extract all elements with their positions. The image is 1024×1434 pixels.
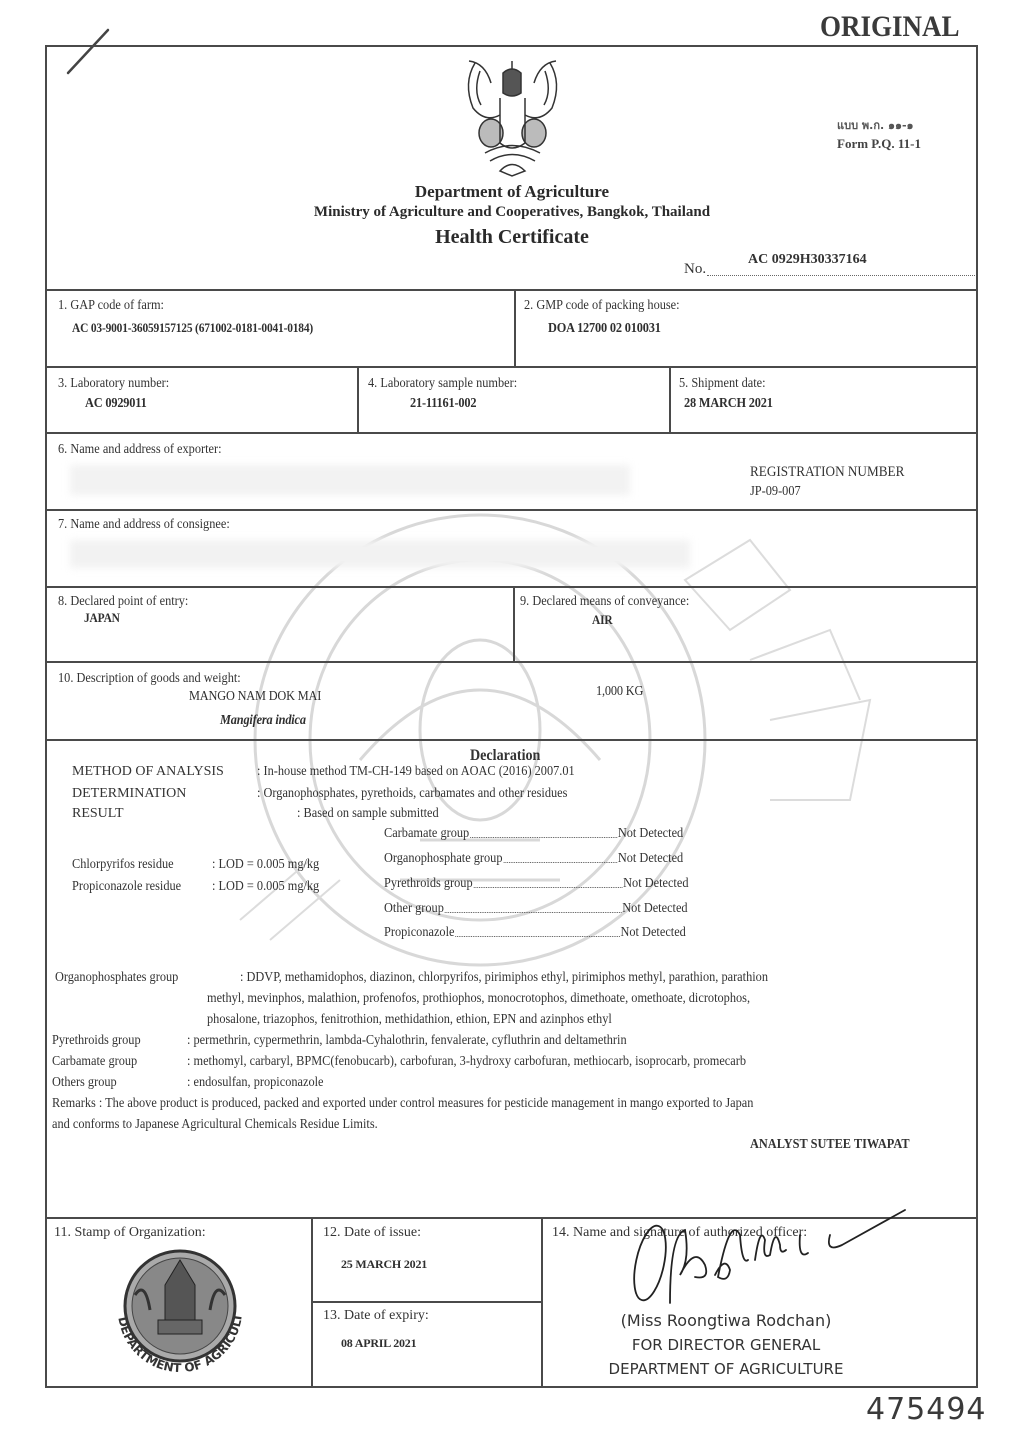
divider [46, 661, 978, 663]
divider [514, 290, 516, 367]
pen-mark [60, 25, 120, 80]
certificate-number-dotted-line [707, 275, 975, 276]
group-name: Organophosphates group [55, 970, 178, 986]
ministry-name: Ministry of Agriculture and Cooperatives… [0, 204, 1024, 221]
officer-role: FOR DIRECTOR GENERAL [541, 1336, 911, 1354]
result-value: : Based on sample submitted [297, 806, 439, 822]
department-seal-icon: DEPARTMENT OF AGRICULTURE [100, 1240, 260, 1385]
method-value: : In-house method TM-CH-149 based on AOA… [257, 764, 575, 780]
result-group: Pyrethroids group [384, 876, 473, 892]
stamp-label: 11. Stamp of Organization: [54, 1225, 206, 1241]
garuda-emblem-icon [455, 53, 570, 178]
result-row: Other groupNot Detected [384, 901, 688, 917]
officer-organization: DEPARTMENT OF AGRICULTURE [541, 1360, 911, 1378]
remarks: Remarks : The above product is produced,… [52, 1096, 753, 1112]
shipment-date-value: 28 MARCH 2021 [684, 396, 773, 412]
result-group: Other group [384, 901, 444, 917]
gmp-code-label: 2. GMP code of packing house: [524, 298, 680, 314]
registration-number-label: REGISTRATION NUMBER [750, 464, 904, 481]
method-label: METHOD OF ANALYSIS [72, 764, 224, 780]
result-group: Propiconazole [384, 925, 454, 941]
lab-number-label: 3. Laboratory number: [58, 376, 169, 392]
certificate-number: AC 0929H30337164 [748, 252, 867, 268]
point-of-entry-label: 8. Declared point of entry: [58, 594, 188, 610]
exporter-redacted [70, 465, 630, 495]
group-list: : DDVP, methamidophos, diazinon, chlorpy… [240, 970, 768, 986]
lod-value: : LOD = 0.005 mg/kg [212, 857, 319, 873]
result-row: Organophosphate groupNot Detected [384, 851, 683, 867]
lab-sample-number-value: 21-11161-002 [410, 396, 476, 412]
result-status: Not Detected [618, 826, 683, 842]
divider [513, 587, 515, 662]
consignee-redacted [70, 540, 690, 568]
divider [46, 289, 978, 291]
lod-name: Propiconazole residue [72, 879, 181, 895]
officer-name: (Miss Roongtiwa Rodchan) [541, 1311, 911, 1330]
group-list: : permethrin, cypermethrin, lambda-Cyhal… [187, 1033, 627, 1049]
determination-label: DETERMINATION [72, 786, 186, 802]
divider [311, 1218, 313, 1387]
issue-date-label: 12. Date of issue: [323, 1225, 421, 1241]
group-name: Pyrethroids group [52, 1033, 141, 1049]
group-name: Others group [52, 1075, 117, 1091]
divider [669, 367, 671, 433]
divider [46, 509, 978, 511]
divider [357, 367, 359, 433]
certificate-title: Health Certificate [0, 226, 1024, 249]
gmp-code-value: DOA 12700 02 010031 [548, 321, 661, 337]
goods-label: 10. Description of goods and weight: [58, 671, 241, 687]
group-list: methyl, mevinphos, malathion, profenofos… [207, 991, 750, 1007]
result-label: RESULT [72, 806, 124, 822]
conveyance-label: 9. Declared means of conveyance: [520, 594, 689, 610]
result-group: Carbamate group [384, 826, 469, 842]
certificate-number-label: No. [684, 261, 706, 278]
watermark-seal [230, 500, 910, 970]
declaration-title: Declaration [470, 747, 540, 765]
divider [312, 1301, 542, 1303]
result-row: PropiconazoleNot Detected [384, 925, 686, 941]
analyst-name: ANALYST SUTEE TIWAPAT [750, 1137, 910, 1153]
border-top [46, 45, 978, 47]
result-status: Not Detected [621, 925, 686, 941]
result-group: Organophosphate group [384, 851, 503, 867]
group-list: : endosulfan, propiconazole [187, 1075, 324, 1091]
border-bottom [46, 1386, 978, 1388]
goods-weight: 1,000 KG [596, 684, 643, 700]
group-name: Carbamate group [52, 1054, 137, 1070]
determination-value: : Organophosphates, pyrethoids, carbamat… [257, 786, 567, 802]
exporter-label: 6. Name and address of exporter: [58, 442, 222, 458]
result-status: Not Detected [618, 851, 683, 867]
lod-value: : LOD = 0.005 mg/kg [212, 879, 319, 895]
lab-number-value: AC 0929011 [85, 396, 147, 412]
goods-scientific-name: Mangifera indica [220, 713, 306, 729]
group-list: : methomyl, carbaryl, BPMC(fenobucarb), … [187, 1054, 746, 1070]
divider [46, 366, 978, 368]
copy-mark: ORIGINAL [820, 10, 960, 44]
gap-code-value: AC 03-9001-36059157125 (671002-0181-0041… [72, 320, 313, 336]
result-status: Not Detected [622, 901, 687, 917]
issue-date-value: 25 MARCH 2021 [341, 1257, 427, 1272]
registration-number-value: JP-09-007 [750, 484, 801, 500]
lab-sample-number-label: 4. Laboratory sample number: [368, 376, 517, 392]
form-code-thai: แบบ พ.ก. ๑๑-๑ [837, 116, 914, 134]
result-status: Not Detected [623, 876, 688, 892]
consignee-label: 7. Name and address of consignee: [58, 517, 230, 533]
goods-name: MANGO NAM DOK MAI [189, 689, 321, 705]
conveyance-value: AIR [592, 612, 612, 628]
shipment-date-label: 5. Shipment date: [679, 376, 766, 392]
divider [46, 432, 978, 434]
signature [630, 1205, 920, 1310]
divider [46, 739, 978, 741]
department-name: Department of Agriculture [0, 182, 1024, 202]
remarks: and conforms to Japanese Agricultural Ch… [52, 1117, 378, 1133]
expiry-date-value: 08 APRIL 2021 [341, 1336, 416, 1351]
result-row: Carbamate groupNot Detected [384, 826, 683, 842]
expiry-date-label: 13. Date of expiry: [323, 1308, 429, 1324]
group-list: phosalone, triazophos, fenitrothion, met… [207, 1012, 612, 1028]
result-row: Pyrethroids groupNot Detected [384, 876, 688, 892]
form-code: Form P.Q. 11-1 [837, 136, 921, 152]
divider [46, 586, 978, 588]
point-of-entry-value: JAPAN [84, 610, 120, 626]
gap-code-label: 1. GAP code of farm: [58, 298, 164, 314]
serial-number: 475494 [866, 1392, 987, 1427]
lod-name: Chlorpyrifos residue [72, 857, 174, 873]
